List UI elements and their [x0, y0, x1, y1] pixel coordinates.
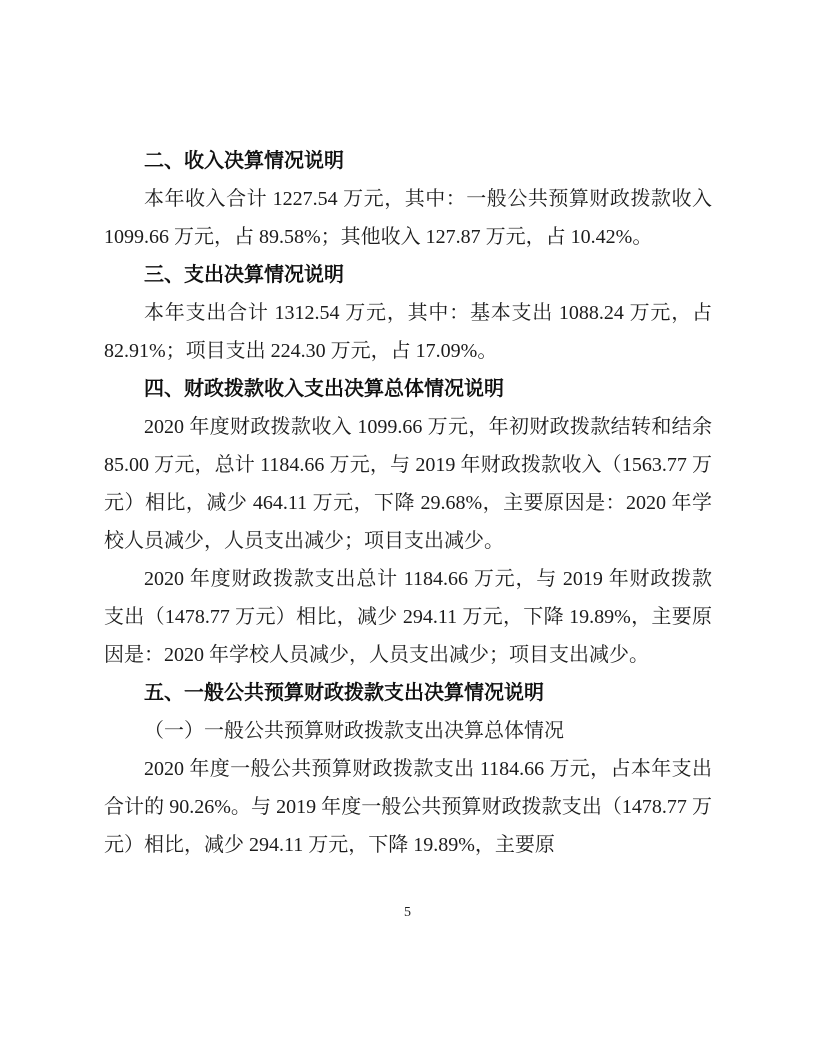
paragraph-income-summary: 本年收入合计 1227.54 万元，其中：一般公共预算财政拨款收入 1099.6…: [104, 180, 712, 256]
paragraph-fiscal-appropriation-income: 2020 年度财政拨款收入 1099.66 万元，年初财政拨款结转和结余 85.…: [104, 408, 712, 560]
document-page: 二、收入决算情况说明 本年收入合计 1227.54 万元，其中：一般公共预算财政…: [0, 0, 815, 1055]
section-heading-expenditure-statement: 三、支出决算情况说明: [104, 256, 712, 294]
subsection-heading-general-budget-overall: （一）一般公共预算财政拨款支出决算总体情况: [104, 712, 712, 750]
paragraph-fiscal-appropriation-expenditure: 2020 年度财政拨款支出总计 1184.66 万元，与 2019 年财政拨款支…: [104, 560, 712, 674]
page-number: 5: [0, 903, 815, 923]
paragraph-general-budget-expenditure-detail: 2020 年度一般公共预算财政拨款支出 1184.66 万元，占本年支出合计的 …: [104, 750, 712, 864]
section-heading-income-statement: 二、收入决算情况说明: [104, 142, 712, 180]
section-heading-fiscal-appropriation-overall: 四、财政拨款收入支出决算总体情况说明: [104, 370, 712, 408]
paragraph-expenditure-summary: 本年支出合计 1312.54 万元，其中：基本支出 1088.24 万元，占 8…: [104, 294, 712, 370]
document-content: 二、收入决算情况说明 本年收入合计 1227.54 万元，其中：一般公共预算财政…: [104, 142, 712, 864]
section-heading-general-public-budget-expenditure: 五、一般公共预算财政拨款支出决算情况说明: [104, 674, 712, 712]
